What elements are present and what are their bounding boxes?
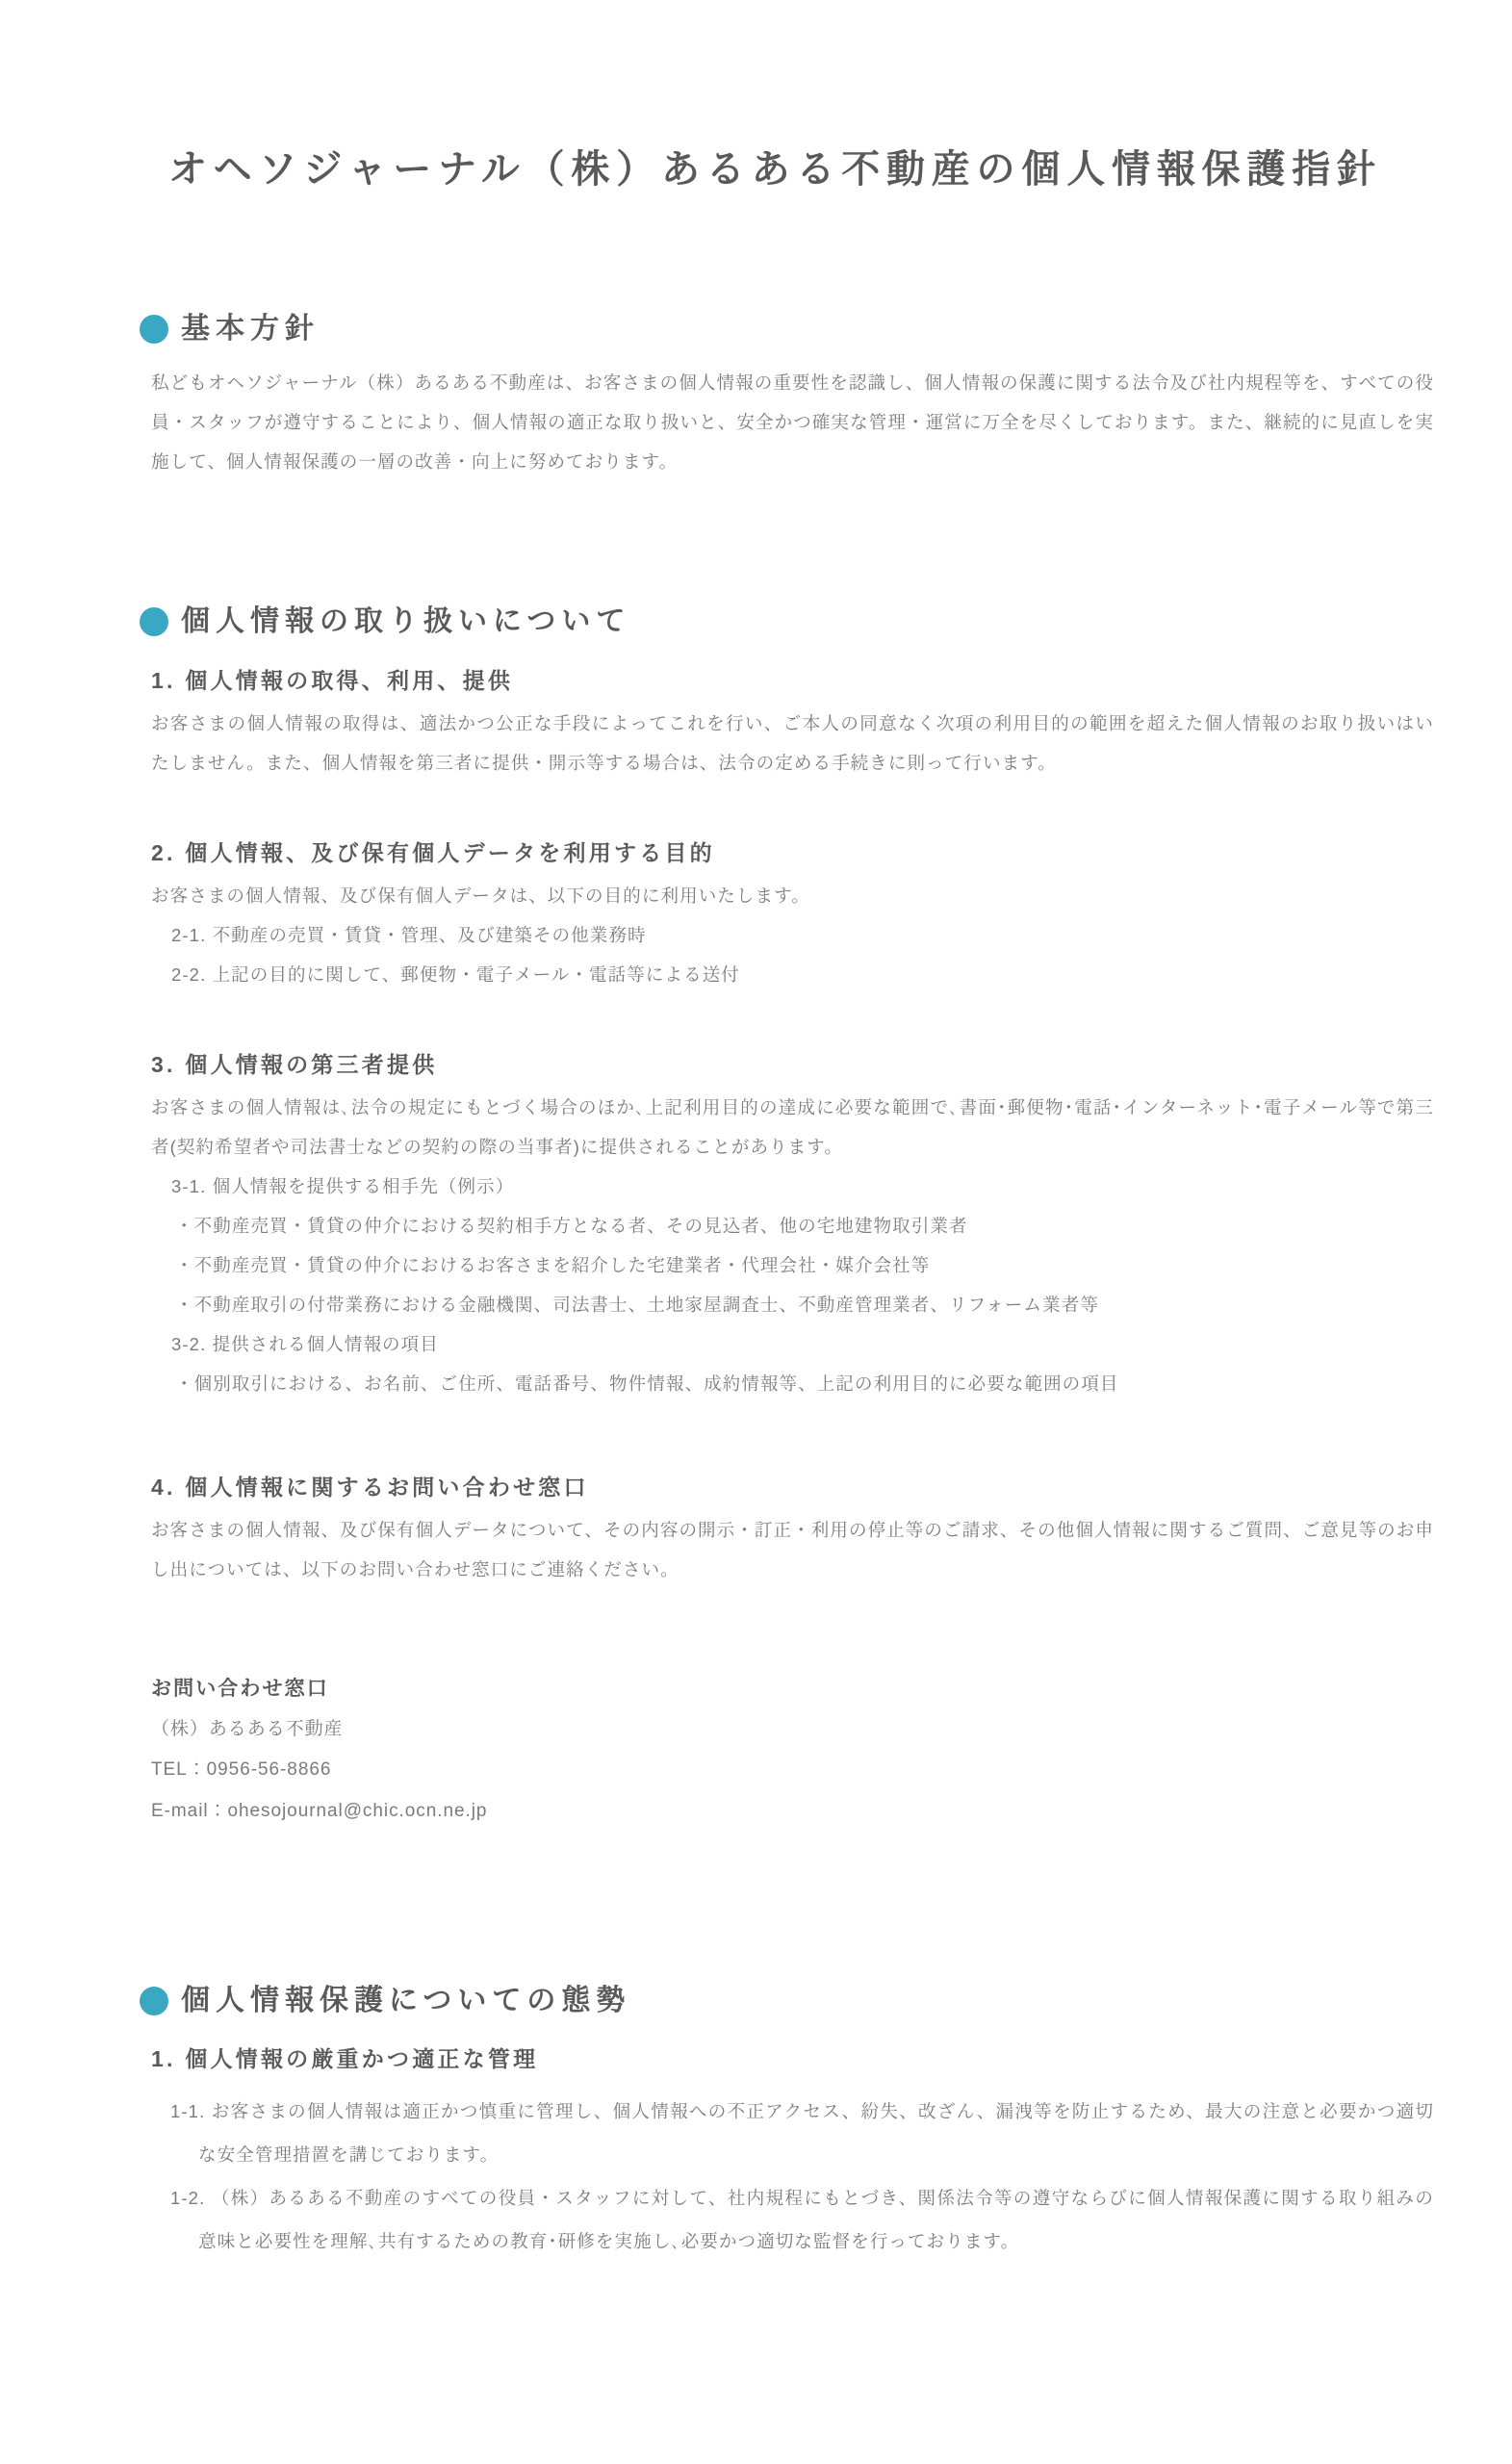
section-heading-label: 個人情報保護についての態勢 <box>181 1982 630 2021</box>
section-heading-basic-policy: 基本方針 <box>140 310 1434 349</box>
contact-email: E-mail：ohesojournal@chic.ocn.ne.jp <box>151 1791 1434 1833</box>
list-item: 1-1. お客さまの個人情報は適正かつ慎重に管理し、個人情報への不正アクセス、紛… <box>151 2090 1434 2176</box>
handling-item3-sub-label: 3-1. 個人情報を提供する相手先（例示） <box>151 1167 1434 1206</box>
circle-bullet-icon <box>140 607 168 636</box>
list-item: ・個別取引における、お名前、ご住所、電話番号、物件情報、成約情報等、上記の利用目… <box>151 1364 1434 1403</box>
list-item: 1-2. （株）あるある不動産のすべての役員・スタッフに対して、社内規程にもとづ… <box>151 2176 1434 2263</box>
handling-item3-block: お客さまの個人情報は､法令の規定にもとづく場合のほか､上記利用目的の達成に必要な… <box>151 1088 1434 1403</box>
handling-item2-sub: 2-1. 不動産の売買・賃貸・管理、及び建築その他業務時 <box>151 915 1434 955</box>
protection-item1-heading: 1. 個人情報の厳重かつ適正な管理 <box>151 2044 1434 2074</box>
handling-item1-heading: 1. 個人情報の取得、利用、提供 <box>151 666 1434 696</box>
circle-bullet-icon <box>140 315 168 344</box>
document-content: オヘソジャーナル（株）あるある不動産の個人情報保護指針 基本方針 私どもオヘソジ… <box>0 0 1512 2263</box>
section-heading-label: 基本方針 <box>181 310 320 349</box>
section-heading-handling: 個人情報の取り扱いについて <box>140 603 1434 642</box>
contact-block: （株）あるある不動産 TEL：0956-56-8866 E-mail：oheso… <box>151 1709 1434 1833</box>
list-item: ・不動産売買・賃貸の仲介における契約相手方となる者、その見込者、他の宅地建物取引… <box>151 1206 1434 1245</box>
handling-item4-heading: 4. 個人情報に関するお問い合わせ窓口 <box>151 1473 1434 1502</box>
handling-item3-sub-label: 3-2. 提供される個人情報の項目 <box>151 1324 1434 1364</box>
contact-heading: お問い合わせ窓口 <box>151 1676 1434 1703</box>
handling-item2-block: お客さまの個人情報、及び保有個人データは、以下の目的に利用いたします。 2-1.… <box>151 876 1434 994</box>
list-item: ・不動産売買・賃貸の仲介におけるお客さまを紹介した宅建業者・代理会社・媒介会社等 <box>151 1245 1434 1285</box>
handling-item4-body: お客さまの個人情報、及び保有個人データについて、その内容の開示・訂正・利用の停止… <box>151 1510 1434 1589</box>
circle-bullet-icon <box>140 1987 168 2015</box>
section-heading-label: 個人情報の取り扱いについて <box>181 603 630 642</box>
list-item: ・不動産取引の付帯業務における金融機関、司法書士、土地家屋調査士、不動産管理業者… <box>151 1285 1434 1324</box>
privacy-policy-page: オヘソジャーナル（株）あるある不動産の個人情報保護指針 基本方針 私どもオヘソジ… <box>0 0 1512 2464</box>
handling-item2-body: お客さまの個人情報、及び保有個人データは、以下の目的に利用いたします。 <box>151 876 1434 915</box>
section-heading-protection: 個人情報保護についての態勢 <box>140 1982 1434 2021</box>
contact-tel: TEL：0956-56-8866 <box>151 1750 1434 1791</box>
handling-item1-body: お客さまの個人情報の取得は、適法かつ公正な手段によってこれを行い、ご本人の同意な… <box>151 704 1434 783</box>
contact-company: （株）あるある不動産 <box>151 1709 1434 1751</box>
handling-item2-sub: 2-2. 上記の目的に関して、郵便物・電子メール・電話等による送付 <box>151 955 1434 994</box>
handling-item3-heading: 3. 個人情報の第三者提供 <box>151 1050 1434 1080</box>
handling-item2-heading: 2. 個人情報、及び保有個人データを利用する目的 <box>151 838 1434 868</box>
page-title: オヘソジャーナル（株）あるある不動産の個人情報保護指針 <box>168 0 1434 194</box>
handling-item3-body: お客さまの個人情報は､法令の規定にもとづく場合のほか､上記利用目的の達成に必要な… <box>151 1088 1434 1167</box>
basic-policy-body: 私どもオヘソジャーナル（株）あるある不動産は、お客さまの個人情報の重要性を認識し… <box>151 363 1434 481</box>
protection-item1-list: 1-1. お客さまの個人情報は適正かつ慎重に管理し、個人情報への不正アクセス、紛… <box>151 2090 1434 2263</box>
